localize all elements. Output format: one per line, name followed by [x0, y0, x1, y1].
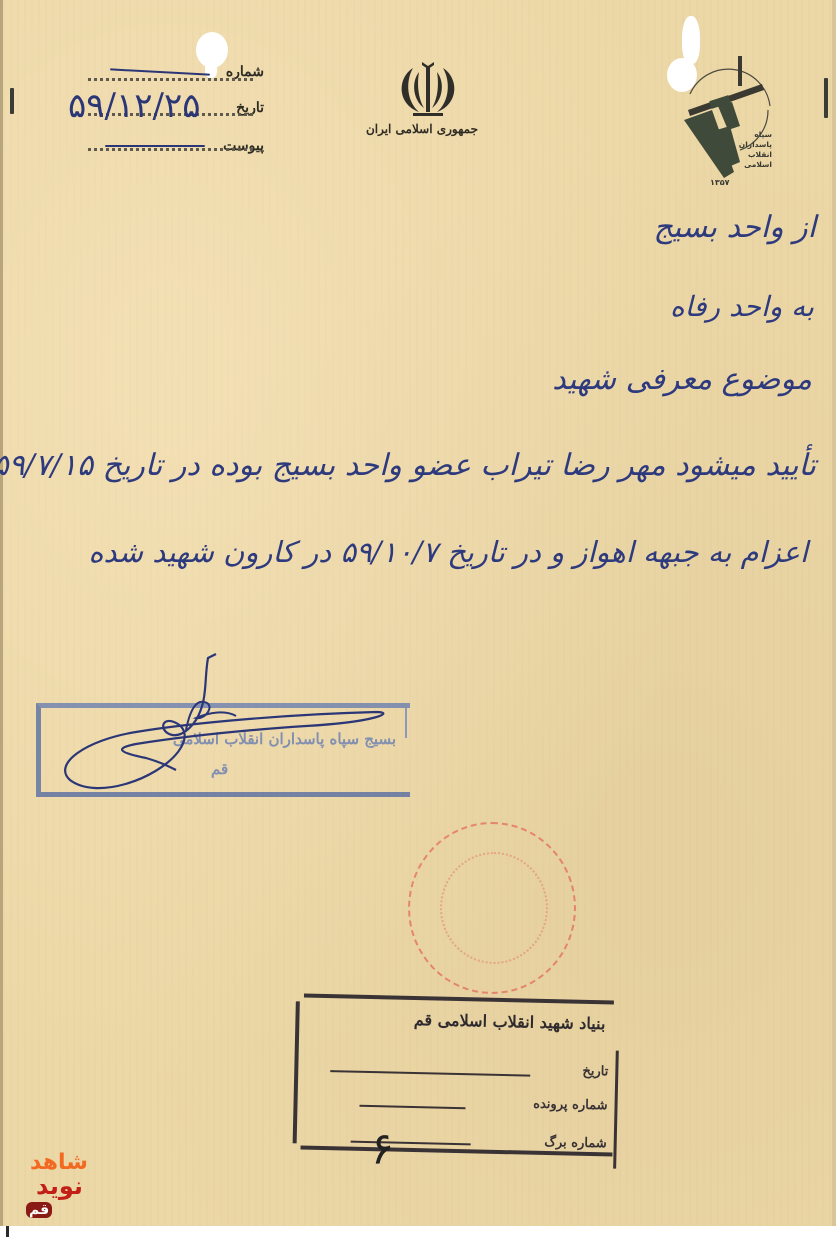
irgc-logo-year: ۱۳۵۷ — [710, 178, 730, 187]
header-meta-block: شماره تاریخ ۵۹/۱۲/۲۵ پیوست — [60, 56, 260, 166]
irgc-logo: سپاه پاسداران انقلاب اسلامی ۱۳۵۷ — [670, 50, 780, 190]
letter-body-line: تأیید میشود مهر رضا تیراب عضو واحد بسیج … — [0, 448, 816, 483]
irgc-text-line: انقلاب — [732, 150, 772, 160]
stamp-page-number-label: شماره برگ — [544, 1135, 607, 1151]
stamp-file-number-label: شماره پرونده — [533, 1097, 608, 1114]
iran-emblem: جمهوری اسلامی ایران — [378, 58, 478, 158]
irgc-text-line: پاسداران — [732, 140, 772, 150]
letter-body-line: اعزام به جبهه اهواز و در تاریخ ۵۹/۱۰/۷ د… — [88, 535, 808, 569]
iran-emblem-icon — [393, 58, 463, 120]
watermark-line2: نوید — [36, 1172, 83, 1200]
right-margin-tick — [824, 78, 828, 118]
date-value: ۵۹/۱۲/۲۵ — [68, 86, 200, 126]
bonyad-shahid-stamp: بنیاد شهید انقلاب اسلامی قم تاریخ شماره … — [292, 993, 622, 1175]
stamp-page-number-value: ۶ — [369, 1123, 395, 1175]
attachment-label: پیوست — [223, 138, 264, 154]
scan-corner-mark — [6, 1226, 9, 1237]
irgc-text-line: اسلامی — [732, 160, 772, 170]
watermark-line3: قم — [26, 1202, 52, 1218]
irgc-text-line: سپاه — [732, 130, 772, 140]
stamp-page-number-line — [351, 1141, 471, 1146]
signature-icon — [56, 640, 396, 800]
red-circular-seal — [408, 822, 576, 994]
attachment-handwritten-stroke — [105, 145, 205, 147]
iran-emblem-caption: جمهوری اسلامی ایران — [378, 122, 478, 136]
basij-stamp-right-edge — [405, 708, 407, 738]
left-margin-tick — [10, 88, 14, 114]
shahed-navid-watermark: شاهد نوید قم — [26, 1150, 116, 1226]
letter-subject: موضوع معرفی شهید — [552, 362, 812, 397]
stamp-date-label: تاریخ — [582, 1064, 608, 1080]
irgc-logo-text: سپاه پاسداران انقلاب اسلامی — [732, 130, 772, 170]
attachment-dotted-line — [88, 148, 253, 151]
number-handwritten-stroke — [110, 68, 210, 75]
number-dotted-line — [88, 78, 253, 81]
stamp-file-number-line — [359, 1105, 465, 1109]
letter-from: از واحد بسیج — [653, 210, 816, 245]
scan-bottom-margin — [0, 1226, 836, 1237]
paper-right-edge — [832, 0, 836, 1226]
red-seal-inner-ring — [440, 852, 548, 964]
letter-to: به واحد رفاه — [670, 290, 814, 323]
stamp-border-right — [613, 1051, 619, 1169]
bonyad-stamp-title: بنیاد شهید انقلاب اسلامی قم — [414, 1010, 606, 1033]
stamp-date-line — [330, 1070, 530, 1077]
